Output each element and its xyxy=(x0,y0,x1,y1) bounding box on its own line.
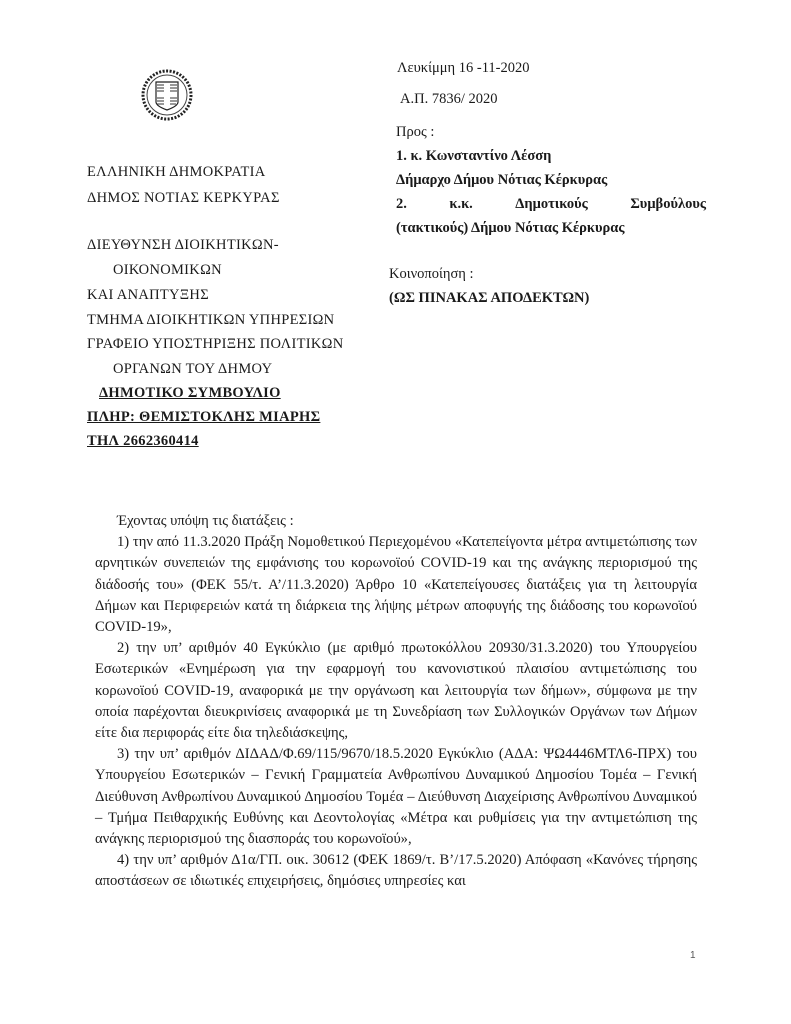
recipient2-word2: Συμβούλους xyxy=(630,196,706,213)
directorate-line2: ΟΙΚΟΝΟΜΙΚΩΝ xyxy=(113,262,222,279)
country-name: ΕΛΛΗΝΙΚΗ ΔΗΜΟΚΡΑΤΙΑ xyxy=(87,164,266,181)
place-date: Λευκίμμη 16 -11-2020 xyxy=(397,60,530,77)
info-contact: ΠΛΗΡ: ΘΕΜΙΣΤΟΚΛΗΣ ΜΙΑΡΗΣ xyxy=(87,409,320,426)
recipient1-line2: Δήμαρχο Δήμου Νότιας Κέρκυρας xyxy=(396,172,607,189)
office-line1: ΓΡΑΦΕΙΟ ΥΠΟΣΤΗΡΙΞΗΣ ΠΟΛΙΤΙΚΩΝ xyxy=(87,336,343,353)
phone-number: ΤΗΛ 2662360414 xyxy=(87,433,199,450)
council-name: ΔΗΜΟΤΙΚΟ ΣΥΜΒΟΥΛΙΟ xyxy=(87,385,281,402)
protocol-number: Α.Π. 7836/ 2020 xyxy=(400,91,497,108)
page-number: 1 xyxy=(690,950,696,961)
office-line2: ΟΡΓΑΝΩΝ ΤΟΥ ΔΗΜΟΥ xyxy=(113,361,272,378)
recipient2-word1: Δημοτικούς xyxy=(515,196,588,213)
directorate-line3: ΚΑΙ ΑΝΑΠΤΥΞΗΣ xyxy=(87,287,209,304)
cc-label: Κοινοποίηση : xyxy=(389,266,474,283)
to-label: Προς : xyxy=(396,124,434,141)
recipient2-kk: κ.κ. xyxy=(449,196,472,213)
body-intro: Έχοντας υπόψη τις διατάξεις : xyxy=(95,511,697,532)
directorate-line1: ΔΙΕΥΘΥΝΣΗ ΔΙΟΙΚΗΤΙΚΩΝ- xyxy=(87,237,279,254)
recipient2-line1: 2. κ.κ. Δημοτικούς Συμβούλους xyxy=(396,196,706,213)
recipient2-line2: (τακτικούς) Δήμου Νότιας Κέρκυρας xyxy=(396,220,624,237)
recipient1-line1: 1. κ. Κωνσταντίνο Λέσση xyxy=(396,148,551,165)
document-body: Έχοντας υπόψη τις διατάξεις : 1) την από… xyxy=(95,511,697,893)
body-item-2: 2) την υπ’ αριθμόν 40 Εγκύκλιο (με αριθμ… xyxy=(95,638,697,744)
body-item-4: 4) την υπ’ αριθμόν Δ1α/ΓΠ. οικ. 30612 (Φ… xyxy=(95,850,697,892)
municipality-name: ΔΗΜΟΣ ΝΟΤΙΑΣ ΚΕΡΚΥΡΑΣ xyxy=(87,190,280,207)
department-name: ΤΜΗΜΑ ΔΙΟΙΚΗΤΙΚΩΝ ΥΠΗΡΕΣΙΩΝ xyxy=(87,312,334,329)
cc-value: (ΩΣ ΠΙΝΑΚΑΣ ΑΠΟΔΕΚΤΩΝ) xyxy=(389,290,589,307)
body-item-3: 3) την υπ’ αριθμόν ΔΙΔΑΔ/Φ.69/115/9670/1… xyxy=(95,744,697,850)
body-item-1: 1) την από 11.3.2020 Πράξη Νομοθετικού Π… xyxy=(95,532,697,638)
greek-coat-of-arms-icon xyxy=(140,68,194,122)
recipient2-number: 2. xyxy=(396,196,407,213)
